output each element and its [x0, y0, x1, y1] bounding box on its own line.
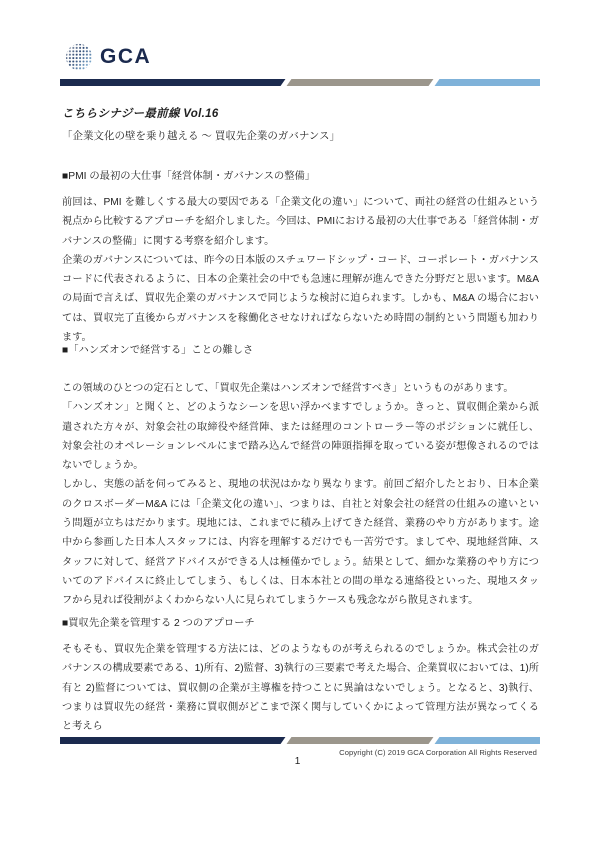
section-body-pmi: 前回は、PMI を難しくする最大の要因である「企業文化の違い」について、両社の経…	[62, 193, 539, 347]
section-heading-hands-on: ■「ハンズオンで経営する」ことの難しさ	[62, 341, 540, 356]
gca-logo: GCA	[65, 43, 151, 71]
globe-icon	[65, 43, 93, 71]
page-number: 1	[0, 756, 595, 767]
bar-segment-blue	[435, 79, 540, 86]
bar-segment-blue	[435, 737, 540, 744]
section-heading-pmi: ■PMI の最初の大仕事「経営体制・ガバナンスの整備」	[62, 167, 540, 182]
paragraph: しかし、実態の話を伺ってみると、現地の状況はかなり異なります。前回ご紹介したとお…	[62, 475, 539, 610]
bar-segment-gray	[287, 737, 434, 744]
newsletter-title: こちらシナジー最前線 Vol.16	[62, 105, 540, 121]
paragraph: 企業のガバナンスについては、昨今の日本版のスチュワードシップ・コード、コーポレー…	[62, 251, 539, 347]
document-page: GCA こちらシナジー最前線 Vol.16 「企業文化の壁を乗り越える ～ 買収…	[0, 0, 595, 842]
footer-divider-bar	[60, 737, 540, 744]
header-divider-bar	[60, 79, 540, 86]
section-body-two-approaches: そもそも、買収先企業を管理する方法には、どのようなものが考えられるのでしょうか。…	[62, 640, 539, 736]
paragraph: この領域のひとつの定石として、「買収先企業はハンズオンで経営すべき」というものが…	[62, 379, 539, 398]
bar-segment-navy	[60, 79, 285, 86]
section-heading-two-approaches: ■買収先企業を管理する 2 つのアプローチ	[62, 614, 540, 629]
paragraph: 前回は、PMI を難しくする最大の要因である「企業文化の違い」について、両社の経…	[62, 193, 539, 251]
bar-segment-gray	[287, 79, 434, 86]
paragraph: そもそも、買収先企業を管理する方法には、どのようなものが考えられるのでしょうか。…	[62, 640, 539, 736]
logo-text: GCA	[100, 45, 151, 69]
bar-segment-navy	[60, 737, 285, 744]
newsletter-subtitle: 「企業文化の壁を乗り越える ～ 買収先企業のガバナンス」	[62, 128, 540, 143]
paragraph: 「ハンズオン」と聞くと、どのようなシーンを思い浮かべますでしょうか。きっと、買収…	[62, 398, 539, 475]
section-body-hands-on: この領域のひとつの定石として、「買収先企業はハンズオンで経営すべき」というものが…	[62, 379, 539, 611]
